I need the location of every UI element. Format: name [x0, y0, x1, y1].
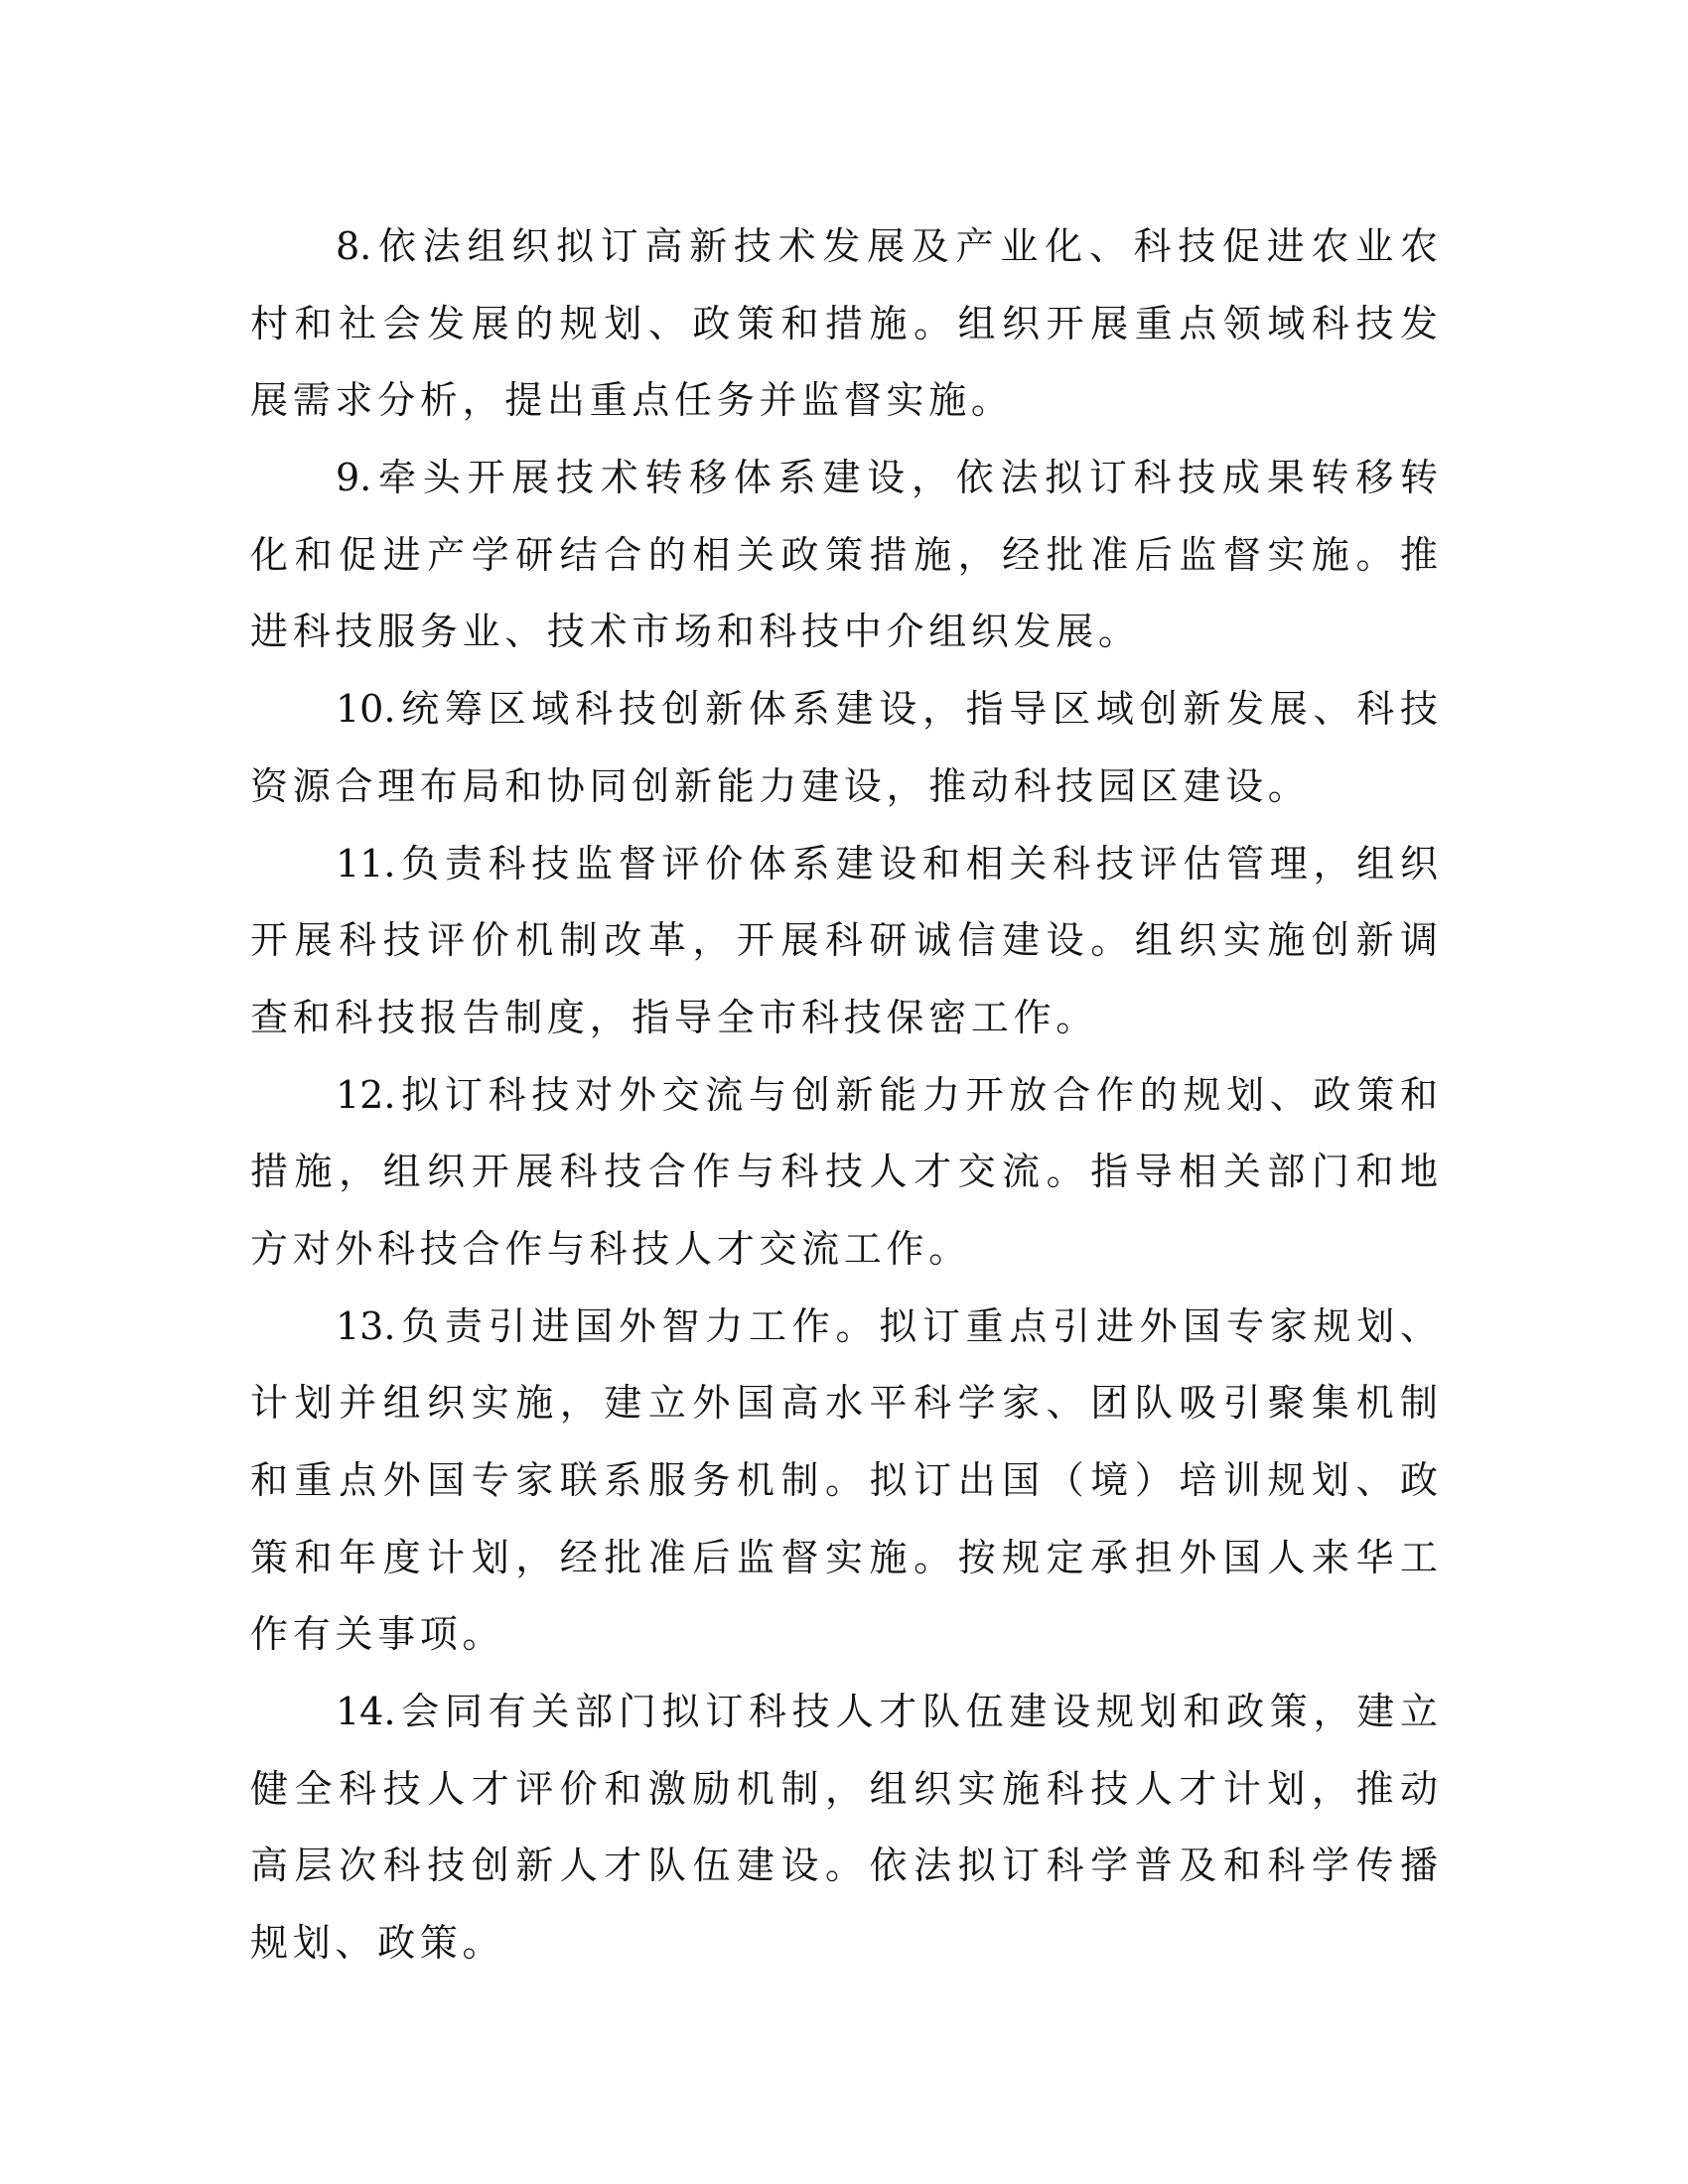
paragraph-item-13: 13.负责引进国外智力工作。拟订重点引进外国专家规划、 计划并组织实施，建立外国… — [250, 1304, 1438, 1690]
paragraph-line: 13.负责引进国外智力工作。拟订重点引进外国专家规划、 — [250, 1304, 1438, 1382]
paragraph-line: 14.会同有关部门拟订科技人才队伍建设规划和政策，建立 — [250, 1690, 1438, 1767]
document-page: 8.依法组织拟订高新技术发展及产业化、科技促进农业农 村和社会发展的规划、政策和… — [250, 224, 1438, 1998]
paragraph-line: 11.负责科技监督评价体系建设和相关科技评估管理，组织 — [250, 842, 1438, 919]
paragraph-line: 健全科技人才评价和激励机制，组织实施科技人才计划，推动 — [250, 1767, 1438, 1844]
paragraph-line: 和重点外国专家联系服务机制。拟订出国（境）培训规划、政 — [250, 1458, 1438, 1536]
paragraph-line: 查和科技报告制度，指导全市科技保密工作。 — [250, 996, 1438, 1073]
paragraph-line: 高层次科技创新人才队伍建设。依法拟订科学普及和科学传播 — [250, 1843, 1438, 1921]
paragraph-line: 计划并组织实施，建立外国高水平科学家、团队吸引聚集机制 — [250, 1381, 1438, 1458]
paragraph-item-8: 8.依法组织拟订高新技术发展及产业化、科技促进农业农 村和社会发展的规划、政策和… — [250, 224, 1438, 456]
paragraph-line: 展需求分析，提出重点任务并监督实施。 — [250, 378, 1438, 456]
paragraph-item-14: 14.会同有关部门拟订科技人才队伍建设规划和政策，建立 健全科技人才评价和激励机… — [250, 1690, 1438, 1998]
paragraph-line: 10.统筹区域科技创新体系建设，指导区域创新发展、科技 — [250, 687, 1438, 764]
paragraph-item-11: 11.负责科技监督评价体系建设和相关科技评估管理，组织 开展科技评价机制改革，开… — [250, 842, 1438, 1073]
paragraph-line: 8.依法组织拟订高新技术发展及产业化、科技促进农业农 — [250, 224, 1438, 302]
paragraph-line: 化和促进产学研结合的相关政策措施，经批准后监督实施。推 — [250, 533, 1438, 611]
paragraph-line: 规划、政策。 — [250, 1921, 1438, 1998]
paragraph-item-9: 9.牵头开展技术转移体系建设，依法拟订科技成果转移转 化和促进产学研结合的相关政… — [250, 456, 1438, 687]
paragraph-line: 进科技服务业、技术市场和科技中介组织发展。 — [250, 610, 1438, 687]
paragraph-item-10: 10.统筹区域科技创新体系建设，指导区域创新发展、科技 资源合理布局和协同创新能… — [250, 687, 1438, 841]
paragraph-line: 措施，组织开展科技合作与科技人才交流。指导相关部门和地 — [250, 1150, 1438, 1227]
paragraph-line: 作有关事项。 — [250, 1612, 1438, 1690]
paragraph-line: 9.牵头开展技术转移体系建设，依法拟订科技成果转移转 — [250, 456, 1438, 533]
paragraph-item-12: 12.拟订科技对外交流与创新能力开放合作的规划、政策和 措施，组织开展科技合作与… — [250, 1073, 1438, 1304]
paragraph-line: 策和年度计划，经批准后监督实施。按规定承担外国人来华工 — [250, 1536, 1438, 1613]
paragraph-line: 村和社会发展的规划、政策和措施。组织开展重点领域科技发 — [250, 302, 1438, 379]
paragraph-line: 开展科技评价机制改革，开展科研诚信建设。组织实施创新调 — [250, 918, 1438, 996]
paragraph-line: 方对外科技合作与科技人才交流工作。 — [250, 1227, 1438, 1304]
paragraph-line: 资源合理布局和协同创新能力建设，推动科技园区建设。 — [250, 764, 1438, 842]
paragraph-line: 12.拟订科技对外交流与创新能力开放合作的规划、政策和 — [250, 1073, 1438, 1151]
